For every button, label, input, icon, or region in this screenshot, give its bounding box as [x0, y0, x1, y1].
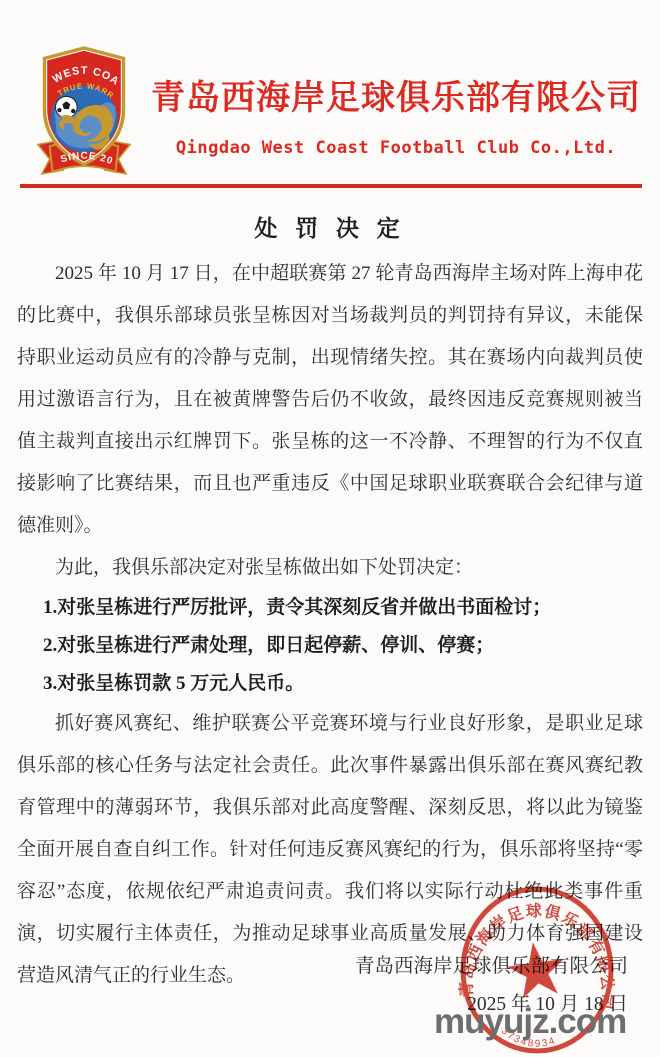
- header-divider: [20, 184, 642, 188]
- site-watermark: muyujz.com: [434, 1002, 626, 1042]
- letterhead: WEST COAST TRUE WARRIOR SINCE 2007 青岛西海岸…: [0, 0, 660, 190]
- document-title: 处 罚 决 定: [17, 210, 643, 243]
- signature-company: 青岛西海岸足球俱乐部有限公司: [355, 950, 628, 978]
- penalty-item-2: 2.对张呈栋进行严肃处理，即日起停薪、停训、停赛；: [17, 627, 643, 665]
- company-name-en: Qingdao West Coast Football Club Co.,Ltd…: [148, 138, 644, 158]
- paragraph-decision-intro: 为此，我俱乐部决定对张呈栋做出如下处罚决定：: [17, 547, 643, 589]
- paragraph-incident: 2025 年 10 月 17 日，在中超联赛第 27 轮青岛西海岸主场对阵上海申…: [17, 253, 643, 547]
- penalty-item-1: 1.对张呈栋进行严厉批评，责令其深刻反省并做出书面检讨；: [17, 589, 643, 627]
- document-body: 处 罚 决 定 2025 年 10 月 17 日，在中超联赛第 27 轮青岛西海…: [17, 202, 643, 997]
- announcement-page: WEST COAST TRUE WARRIOR SINCE 2007 青岛西海岸…: [0, 0, 660, 1057]
- logo-football-icon: [56, 96, 78, 118]
- penalty-item-3: 3.对张呈栋罚款 5 万元人民币。: [17, 665, 643, 703]
- company-name-cn: 青岛西海岸足球俱乐部有限公司: [148, 70, 644, 119]
- club-crest-logo: WEST COAST TRUE WARRIOR SINCE 2007: [30, 42, 138, 190]
